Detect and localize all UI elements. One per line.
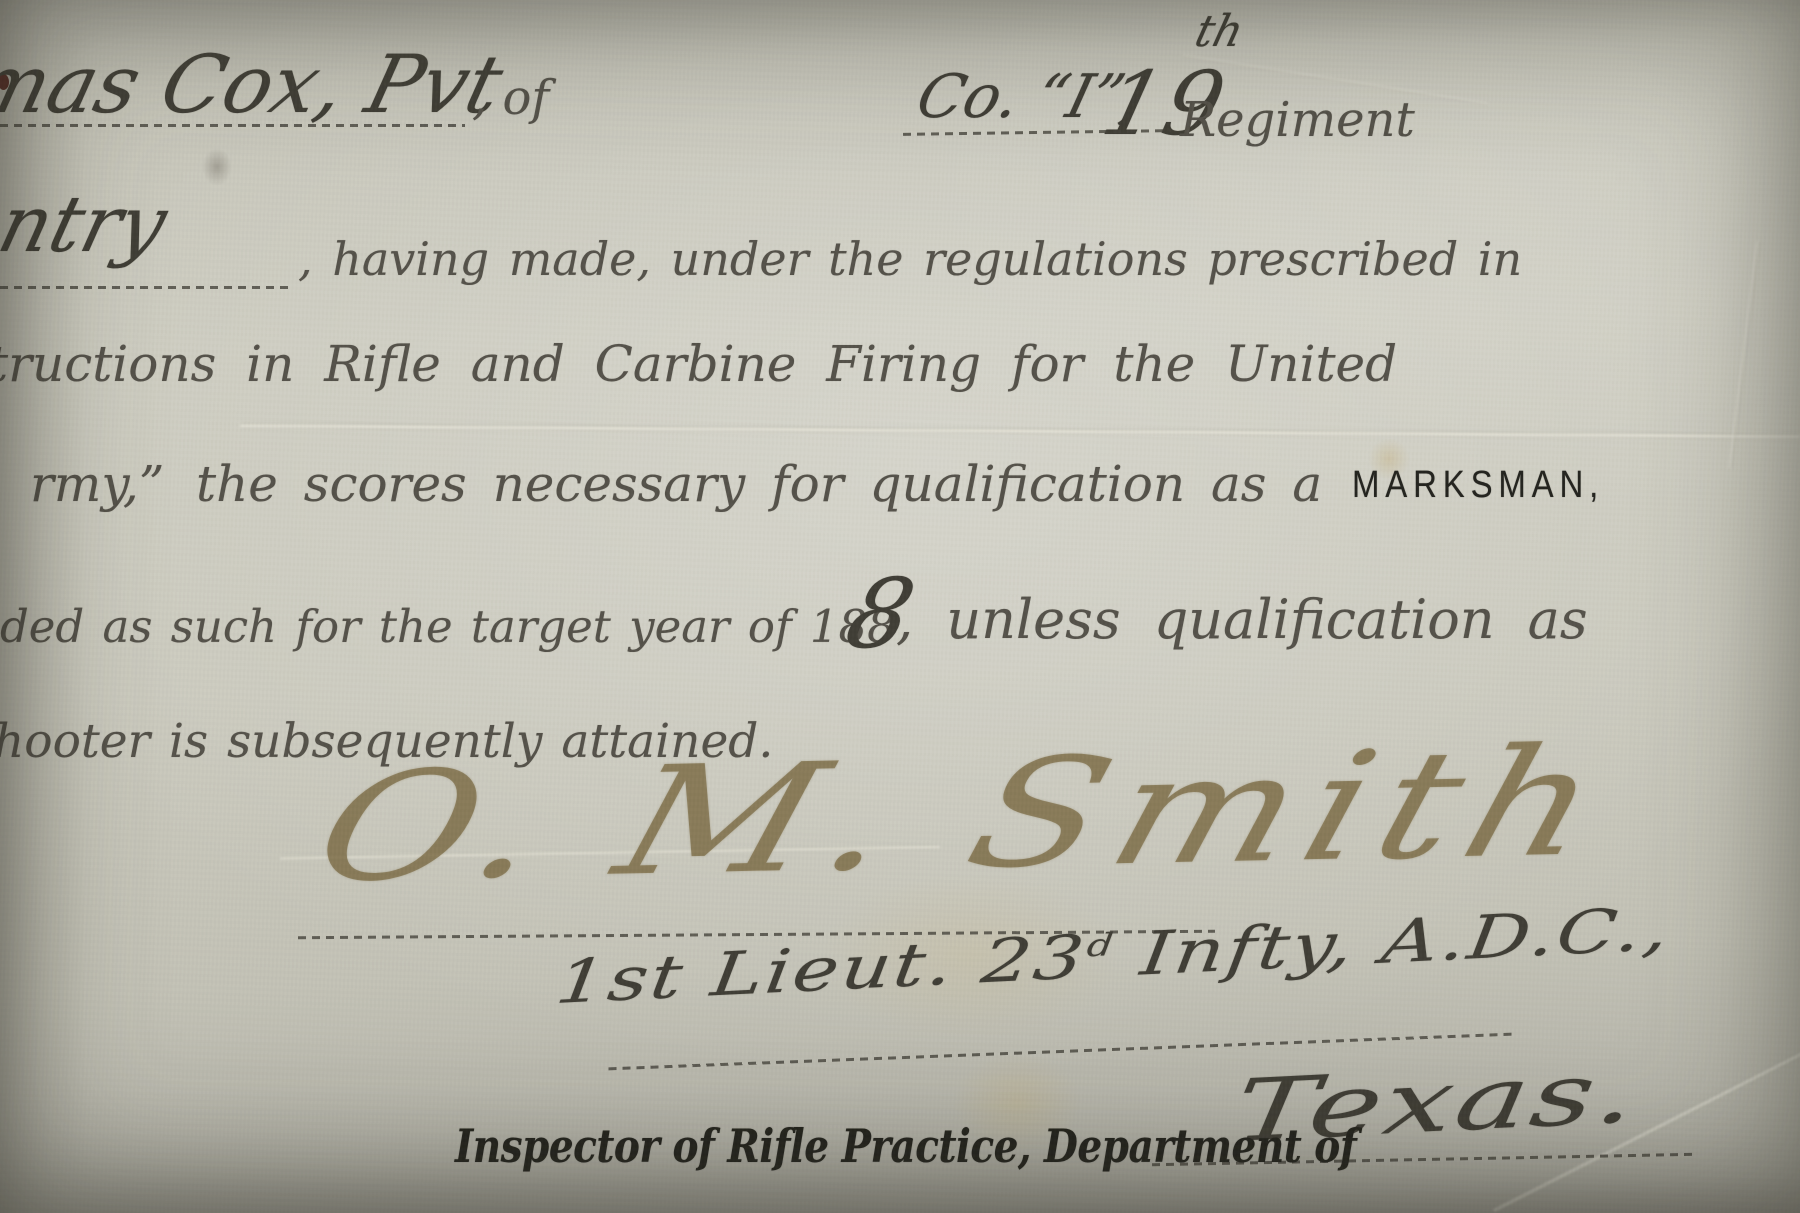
printed-regiment-label: Regiment <box>1180 92 1415 148</box>
written-soldier-name: mas Cox, Pvt <box>0 38 512 131</box>
footer-inspector-title: Inspector of Rifle Practice, Department … <box>455 1120 1356 1174</box>
printed-scores-text: the scores necessary for qualification a… <box>196 455 1322 513</box>
paper-crease-right-edge <box>1728 241 1761 470</box>
dotted-fill-line <box>0 286 292 289</box>
printed-body-line-3: tructions in Rifle and Carbine Firing fo… <box>0 335 1397 393</box>
written-rank-line: 1st Lieut. 23d Infty, A.D.C., <box>552 894 1675 1018</box>
printed-target-year-text: ded as such for the target year of 188 <box>0 600 896 653</box>
written-branch: ntry <box>0 180 175 270</box>
printed-unless-text: , unless qualification as <box>896 588 1588 651</box>
dotted-fill-line <box>0 124 465 127</box>
ink-smudge <box>202 148 232 186</box>
rank-suffix: Infty, A.D.C., <box>1110 894 1676 991</box>
paper-crease-horizontal <box>240 423 1800 440</box>
printed-body-line-2: , having made, under the regulations pre… <box>298 232 1522 286</box>
printed-of: , of <box>472 70 549 126</box>
certificate-photo: mas Cox, Pvt , of Co. “I”, 19 th Regimen… <box>0 0 1800 1213</box>
written-regiment-ordinal: th <box>1190 6 1249 57</box>
written-signature: O. M. Smith <box>298 715 1630 916</box>
printed-army-fragment: rmy,” <box>30 455 164 513</box>
printed-grade-marksman: MARKSMAN, <box>1352 463 1604 507</box>
